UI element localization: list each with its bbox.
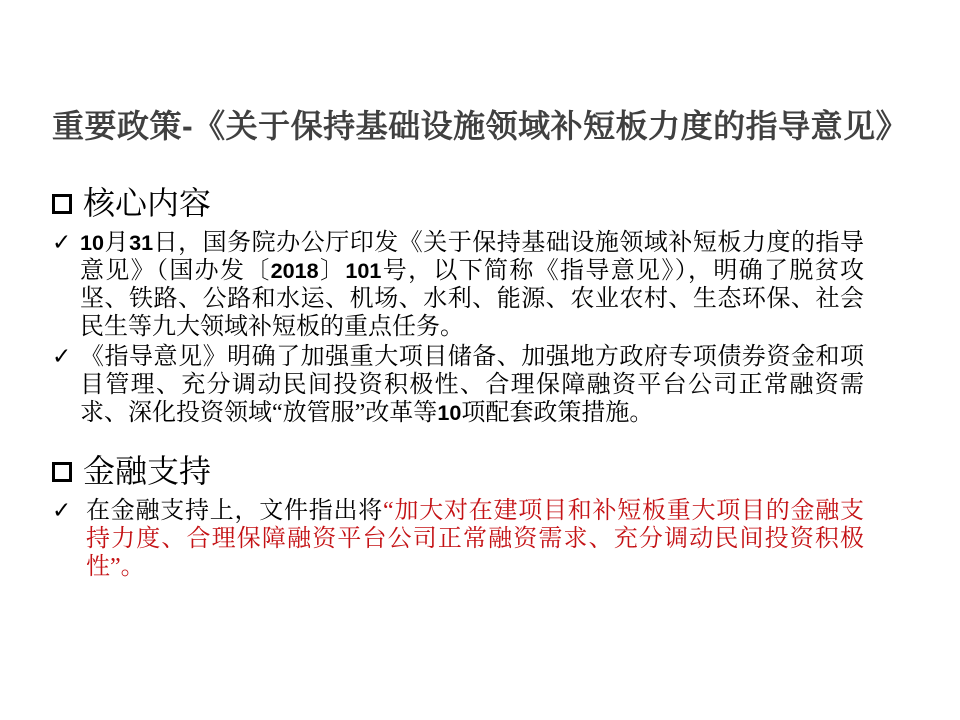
bullet-list: ✓ 在金融支持上，文件指出将“加大对在建项目和补短板重大项目的金融支持力度、合理…	[52, 497, 864, 581]
section-heading-row: 金融支持	[52, 453, 902, 489]
slide-title: 重要政策-《关于保持基础设施领域补短板力度的指导意见》	[52, 106, 908, 146]
bullet-text: 10月31日，国务院办公厅印发《关于保持基础设施领域补短板力度的指导意见》（国办…	[80, 230, 864, 340]
numeral: 2018	[271, 258, 319, 283]
numeral: 31	[129, 230, 153, 255]
policy-section: 核心内容 ✓ 10月31日，国务院办公厅印发《关于保持基础设施领域补短板力度的指…	[52, 185, 902, 427]
text-segment-normal: 在金融支持上，文件指出将	[86, 498, 383, 524]
checkmark-icon: ✓	[52, 497, 71, 525]
checkmark-icon: ✓	[52, 343, 71, 371]
slide: 重要政策-《关于保持基础设施领域补短板力度的指导意见》 核心内容 ✓ 10月31…	[0, 0, 960, 720]
section-heading-row: 核心内容	[52, 185, 902, 221]
numeral: 10	[437, 400, 461, 425]
sections: 核心内容 ✓ 10月31日，国务院办公厅印发《关于保持基础设施领域补短板力度的指…	[52, 185, 902, 581]
bullet-item: ✓ 《指导意见》明确了加强重大项目储备、加强地方政府专项债券资金和项目管理、充分…	[52, 343, 864, 427]
numeral: 10	[80, 230, 104, 255]
bullet-text: 在金融支持上，文件指出将“加大对在建项目和补短板重大项目的金融支持力度、合理保障…	[86, 498, 864, 580]
section-heading: 金融支持	[83, 453, 211, 489]
square-bullet-icon	[52, 194, 72, 214]
checkmark-icon: ✓	[52, 229, 71, 257]
numeral: 101	[345, 258, 381, 283]
section-heading: 核心内容	[83, 185, 211, 221]
square-bullet-icon	[52, 462, 72, 482]
policy-section: 金融支持 ✓ 在金融支持上，文件指出将“加大对在建项目和补短板重大项目的金融支持…	[52, 453, 902, 581]
text-segment-normal: 10月31日，国务院办公厅印发《关于保持基础设施领域补短板力度的指导意见》（国办…	[80, 230, 864, 340]
bullet-item: ✓ 在金融支持上，文件指出将“加大对在建项目和补短板重大项目的金融支持力度、合理…	[52, 497, 864, 581]
bullet-text: 《指导意见》明确了加强重大项目储备、加强地方政府专项债券资金和项目管理、充分调动…	[80, 344, 864, 426]
text-segment-normal: 《指导意见》明确了加强重大项目储备、加强地方政府专项债券资金和项目管理、充分调动…	[80, 344, 864, 426]
bullet-item: ✓ 10月31日，国务院办公厅印发《关于保持基础设施领域补短板力度的指导意见》（…	[52, 229, 864, 341]
bullet-list: ✓ 10月31日，国务院办公厅印发《关于保持基础设施领域补短板力度的指导意见》（…	[52, 229, 864, 427]
